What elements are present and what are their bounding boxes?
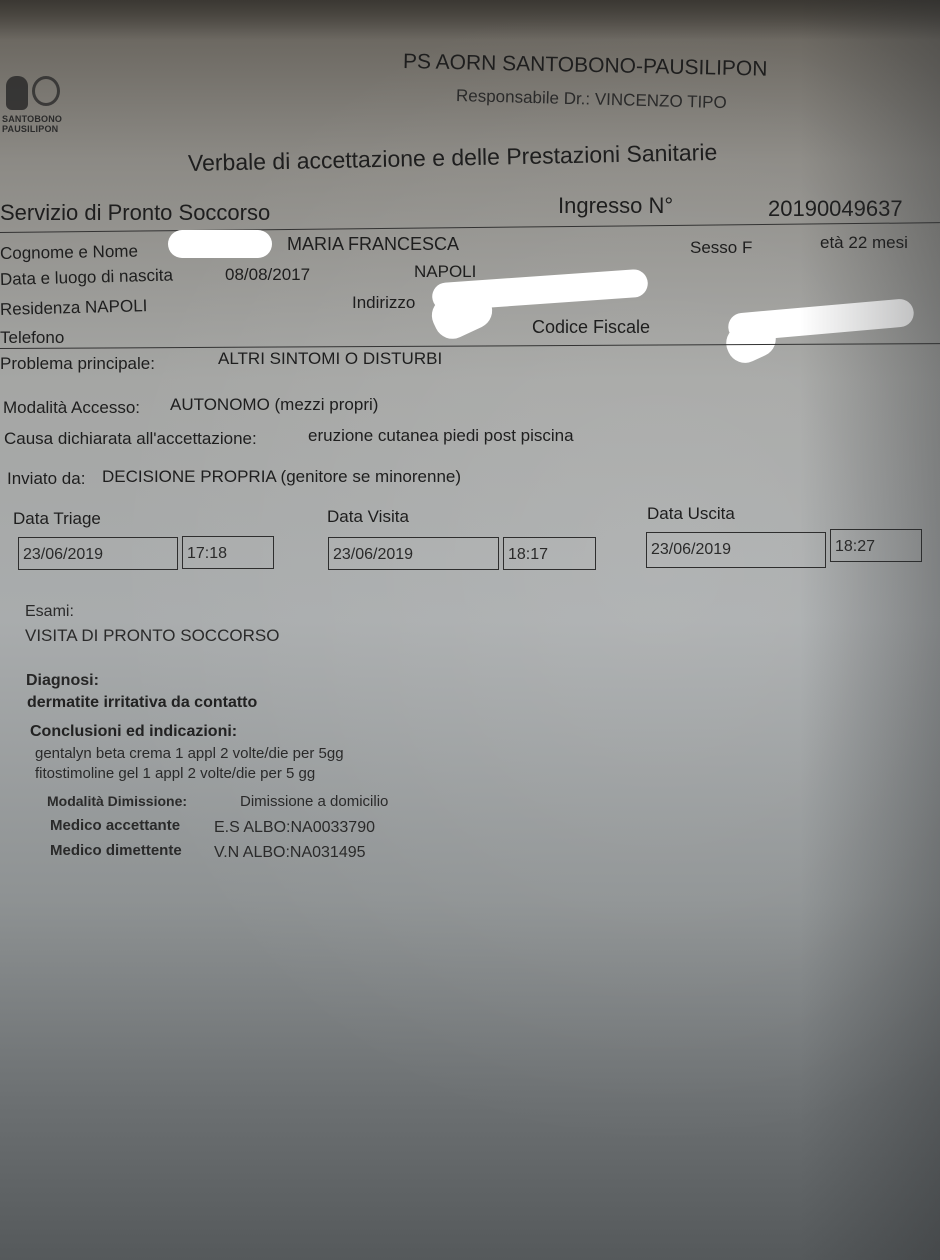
accepting-doctor-label: Medico accettante [50,817,180,834]
discharge-mode-label: Modalità Dimissione: [47,793,187,809]
phone-label: Telefono [0,328,64,348]
triage-label: Data Triage [13,509,101,529]
birth-date: 08/08/2017 [225,265,310,285]
birth-place: NAPOLI [414,262,476,282]
responsible-doctor: Responsabile Dr.: VINCENZO TIPO [456,86,727,113]
exams-value: VISITA DI PRONTO SOCCORSO [25,626,279,646]
name-value: MARIA FRANCESCA [287,234,459,255]
service-label: Servizio di Pronto Soccorso [0,200,270,226]
discharge-mode-value: Dimissione a domicilio [240,793,388,810]
accepting-doctor-value: E.S ALBO:NA0033790 [214,819,375,837]
discharging-doctor-value: V.N ALBO:NA031495 [214,844,366,862]
exams-label: Esami: [25,603,74,621]
conclusions-label: Conclusioni ed indicazioni: [30,723,237,741]
hospital-logo: SANTOBONO PAUSILIPON [2,76,72,148]
visit-date-field: 23/06/2019 [328,537,499,570]
exit-time-field: 18:27 [830,529,922,562]
triage-time-field: 17:18 [182,536,274,569]
fiscal-code-label: Codice Fiscale [532,317,650,338]
saint-emblem-icon [6,76,28,110]
ingresso-label: Ingresso N° [558,193,673,219]
access-label: Modalità Accesso: [3,398,140,418]
patient-divider [0,343,940,349]
sex-value: F [742,238,752,257]
cause-value: eruzione cutanea piedi post piscina [308,426,574,446]
problem-label: Problema principale: [0,354,155,374]
visit-time-field: 18:17 [503,537,596,570]
sent-by-label: Inviato da: [7,469,85,489]
conclusion-line: fitostimoline gel 1 appl 2 volte/die per… [35,765,315,782]
exit-date-field: 23/06/2019 [646,532,826,568]
wheel-emblem-icon [32,76,60,106]
diagnosis-value: dermatite irritativa da contatto [27,694,257,712]
diagnosis-label: Diagnosi: [26,672,99,690]
age-value: 22 mesi [848,233,908,252]
document-page: SANTOBONO PAUSILIPON PS AORN SANTOBONO-P… [0,0,940,1260]
birth-label: Data e luogo di nascita [0,265,173,290]
age-label: età 22 mesi [820,233,908,253]
exit-label: Data Uscita [647,504,735,524]
conclusion-line: gentalyn beta crema 1 appl 2 volte/die p… [35,745,344,762]
logo-text-line1: SANTOBONO [2,114,72,124]
address-label: Indirizzo [352,293,415,313]
sent-by-value: DECISIONE PROPRIA (genitore se minorenne… [102,467,461,487]
access-value: AUTONOMO (mezzi propri) [170,395,378,415]
residence-value: NAPOLI [85,296,148,317]
residence-label: Residenza NAPOLI [0,296,148,320]
logo-text-line2: PAUSILIPON [2,124,72,134]
name-label: Cognome e Nome [0,242,138,264]
discharging-doctor-label: Medico dimettente [50,842,182,859]
cause-label: Causa dichiarata all'accettazione: [4,429,257,449]
redacted-surname [168,230,272,258]
sex-label: Sesso F [690,238,752,258]
ingresso-number: 20190049637 [768,196,903,222]
visit-label: Data Visita [327,507,409,527]
triage-date-field: 23/06/2019 [18,537,178,570]
hospital-name: PS AORN SANTOBONO-PAUSILIPON [403,50,768,82]
document-title: Verbale di accettazione e delle Prestazi… [188,139,718,177]
problem-value: ALTRI SINTOMI O DISTURBI [218,349,442,369]
